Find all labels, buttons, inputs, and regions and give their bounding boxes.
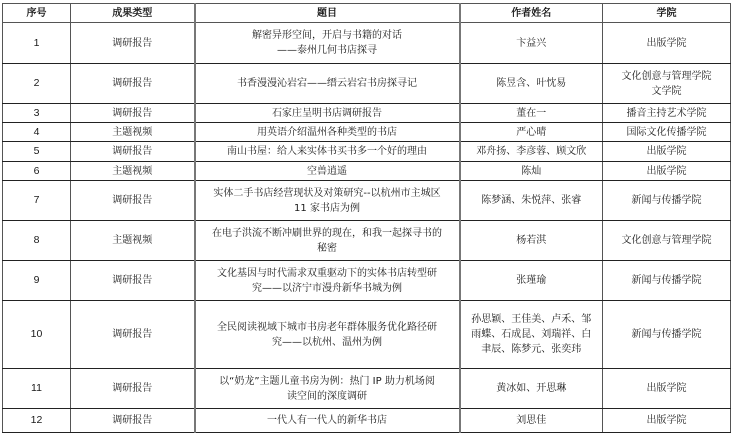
cell-authors-line: 张瑾瑜: [464, 273, 600, 288]
cell-authors-line: 陈梦涵、朱悦萍、张睿: [464, 193, 600, 208]
cell-title-line: 文化基因与时代需求双重驱动下的实体书店转型研: [199, 266, 456, 281]
cell-index: 2: [3, 64, 71, 104]
cell-index: 1: [3, 23, 71, 64]
table-row: 5调研报告南山书屋：给人来实体书买书多一个好的理由邓舟扬、李彦蓉、顾文欣出版学院: [3, 142, 731, 162]
cell-type: 主题视频: [71, 162, 195, 181]
table-row: 10调研报告全民阅读视域下城市书房老年群体服务优化路径研究——以杭州、温州为例孙…: [3, 301, 731, 369]
cell-title-line: 空兽逍遥: [199, 164, 456, 179]
table-row: 9调研报告文化基因与时代需求双重驱动下的实体书店转型研究——以济宁市漫舟新华书城…: [3, 261, 731, 301]
cell-index: 7: [3, 181, 71, 221]
cell-authors-line: 雨蝶、石成昆、刘瑞祥、白: [464, 327, 600, 342]
cell-authors: 杨若淇: [460, 221, 603, 261]
header-row: 序号 成果类型 题目 作者姓名 学院: [3, 4, 731, 23]
header-type: 成果类型: [71, 4, 195, 23]
cell-authors: 黄冰如、开思琳: [460, 369, 603, 409]
cell-authors-line: 严心晴: [464, 125, 600, 140]
cell-authors: 邓舟扬、李彦蓉、顾文欣: [460, 142, 603, 162]
cell-title-line: 秘密: [199, 241, 456, 256]
cell-college-line: 国际文化传播学院: [606, 125, 727, 140]
cell-authors: 张瑾瑜: [460, 261, 603, 301]
cell-title-line: 石家庄呈明书店调研报告: [199, 106, 456, 121]
cell-type: 调研报告: [71, 261, 195, 301]
cell-authors: 孙思颖、王佳美、卢禾、邹雨蝶、石成昆、刘瑞祥、白聿辰、陈梦元、张奕玮: [460, 301, 603, 369]
cell-index: 3: [3, 104, 71, 123]
cell-title: 文化基因与时代需求双重驱动下的实体书店转型研究——以济宁市漫舟新华书城为例: [195, 261, 460, 301]
cell-title-line: 实体二手书店经营现状及对策研究--以杭州市主城区: [199, 186, 456, 201]
cell-title-line: 11 家书店为例: [199, 201, 456, 216]
cell-college-line: 出版学院: [606, 36, 727, 51]
cell-type: 调研报告: [71, 409, 195, 433]
cell-college: 出版学院: [603, 369, 731, 409]
table-row: 6主题视频空兽逍遥陈灿出版学院: [3, 162, 731, 181]
cell-authors: 陈梦涵、朱悦萍、张睿: [460, 181, 603, 221]
cell-college-line: 出版学院: [606, 381, 727, 396]
cell-college: 文化创意与管理学院文学院: [603, 64, 731, 104]
cell-title-line: 用英语介绍温州各种类型的书店: [199, 125, 456, 140]
cell-title: 空兽逍遥: [195, 162, 460, 181]
cell-college-line: 出版学院: [606, 144, 727, 159]
header-title: 题目: [195, 4, 460, 23]
cell-college: 文化创意与管理学院: [603, 221, 731, 261]
table-row: 1调研报告解密异形空间，开启与书籍的对话——泰州几何书店探寻卞益兴出版学院: [3, 23, 731, 64]
table-row: 11调研报告以“奶龙”主题儿童书房为例：热门 IP 助力机场阅读空间的深度调研黄…: [3, 369, 731, 409]
cell-title-line: 究——以济宁市漫舟新华书城为例: [199, 281, 456, 296]
cell-authors-line: 杨若淇: [464, 233, 600, 248]
cell-college: 新闻与传播学院: [603, 181, 731, 221]
cell-title-line: 书香漫漫沁岩宕——缙云岩宕书房探寻记: [199, 76, 456, 91]
cell-type: 主题视频: [71, 123, 195, 142]
cell-college: 新闻与传播学院: [603, 261, 731, 301]
cell-type: 主题视频: [71, 221, 195, 261]
cell-college-line: 新闻与传播学院: [606, 327, 727, 342]
cell-title: 在电子洪流不断冲刷世界的现在，和我一起探寻书的秘密: [195, 221, 460, 261]
cell-college: 出版学院: [603, 23, 731, 64]
cell-index: 6: [3, 162, 71, 181]
cell-college: 出版学院: [603, 162, 731, 181]
cell-college-line: 文化创意与管理学院: [606, 69, 727, 84]
cell-college-line: 文学院: [606, 84, 727, 99]
cell-authors: 严心晴: [460, 123, 603, 142]
cell-title-line: 解密异形空间，开启与书籍的对话: [199, 28, 456, 43]
table-row: 2调研报告书香漫漫沁岩宕——缙云岩宕书房探寻记陈昱含、叶忱易文化创意与管理学院文…: [3, 64, 731, 104]
cell-index: 9: [3, 261, 71, 301]
cell-authors-line: 刘思佳: [464, 413, 600, 428]
cell-title-line: ——泰州几何书店探寻: [199, 43, 456, 58]
cell-college-line: 出版学院: [606, 164, 727, 179]
cell-type: 调研报告: [71, 23, 195, 64]
cell-index: 4: [3, 123, 71, 142]
cell-type: 调研报告: [71, 64, 195, 104]
cell-authors-line: 邓舟扬、李彦蓉、顾文欣: [464, 144, 600, 159]
cell-authors: 陈昱含、叶忱易: [460, 64, 603, 104]
table-row: 8主题视频在电子洪流不断冲刷世界的现在，和我一起探寻书的秘密杨若淇文化创意与管理…: [3, 221, 731, 261]
cell-college-line: 出版学院: [606, 413, 727, 428]
table-row: 4主题视频用英语介绍温州各种类型的书店严心晴国际文化传播学院: [3, 123, 731, 142]
header-index: 序号: [3, 4, 71, 23]
cell-authors: 董在一: [460, 104, 603, 123]
cell-index: 11: [3, 369, 71, 409]
cell-college-line: 文化创意与管理学院: [606, 233, 727, 248]
cell-title: 一代人有一代人的新华书店: [195, 409, 460, 433]
cell-title: 用英语介绍温州各种类型的书店: [195, 123, 460, 142]
table-row: 3调研报告石家庄呈明书店调研报告董在一播音主持艺术学院: [3, 104, 731, 123]
header-authors: 作者姓名: [460, 4, 603, 23]
cell-authors-line: 董在一: [464, 106, 600, 121]
cell-authors-line: 黄冰如、开思琳: [464, 381, 600, 396]
cell-title-line: 在电子洪流不断冲刷世界的现在，和我一起探寻书的: [199, 226, 456, 241]
cell-college: 新闻与传播学院: [603, 301, 731, 369]
cell-college-line: 播音主持艺术学院: [606, 106, 727, 121]
cell-type: 调研报告: [71, 301, 195, 369]
table-row: 7调研报告实体二手书店经营现状及对策研究--以杭州市主城区11 家书店为例陈梦涵…: [3, 181, 731, 221]
cell-college-line: 新闻与传播学院: [606, 273, 727, 288]
cell-type: 调研报告: [71, 142, 195, 162]
cell-title: 以“奶龙”主题儿童书房为例：热门 IP 助力机场阅读空间的深度调研: [195, 369, 460, 409]
cell-authors-line: 陈昱含、叶忱易: [464, 76, 600, 91]
cell-title-line: 读空间的深度调研: [199, 389, 456, 404]
cell-title-line: 全民阅读视域下城市书房老年群体服务优化路径研: [199, 320, 456, 335]
cell-title: 书香漫漫沁岩宕——缙云岩宕书房探寻记: [195, 64, 460, 104]
cell-title: 解密异形空间，开启与书籍的对话——泰州几何书店探寻: [195, 23, 460, 64]
cell-type: 调研报告: [71, 369, 195, 409]
cell-title-line: 南山书屋：给人来实体书买书多一个好的理由: [199, 144, 456, 159]
cell-authors-line: 孙思颖、王佳美、卢禾、邹: [464, 312, 600, 327]
cell-authors-line: 聿辰、陈梦元、张奕玮: [464, 342, 600, 357]
cell-authors-line: 卞益兴: [464, 36, 600, 51]
cell-college: 出版学院: [603, 142, 731, 162]
cell-authors: 陈灿: [460, 162, 603, 181]
cell-authors: 卞益兴: [460, 23, 603, 64]
cell-title-line: 一代人有一代人的新华书店: [199, 413, 456, 428]
cell-index: 8: [3, 221, 71, 261]
cell-index: 5: [3, 142, 71, 162]
cell-authors: 刘思佳: [460, 409, 603, 433]
cell-title-line: 究——以杭州、温州为例: [199, 335, 456, 350]
cell-title: 全民阅读视域下城市书房老年群体服务优化路径研究——以杭州、温州为例: [195, 301, 460, 369]
cell-college: 播音主持艺术学院: [603, 104, 731, 123]
cell-type: 调研报告: [71, 104, 195, 123]
cell-title-line: 以“奶龙”主题儿童书房为例：热门 IP 助力机场阅: [199, 374, 456, 389]
cell-college: 出版学院: [603, 409, 731, 433]
table-row: 12调研报告一代人有一代人的新华书店刘思佳出版学院: [3, 409, 731, 433]
cell-index: 12: [3, 409, 71, 433]
cell-authors-line: 陈灿: [464, 164, 600, 179]
cell-type: 调研报告: [71, 181, 195, 221]
table-body: 1调研报告解密异形空间，开启与书籍的对话——泰州几何书店探寻卞益兴出版学院2调研…: [3, 23, 731, 433]
cell-college: 国际文化传播学院: [603, 123, 731, 142]
cell-college-line: 新闻与传播学院: [606, 193, 727, 208]
cell-index: 10: [3, 301, 71, 369]
results-table: 序号 成果类型 题目 作者姓名 学院 1调研报告解密异形空间，开启与书籍的对话—…: [2, 3, 731, 433]
cell-title: 南山书屋：给人来实体书买书多一个好的理由: [195, 142, 460, 162]
cell-title: 石家庄呈明书店调研报告: [195, 104, 460, 123]
header-college: 学院: [603, 4, 731, 23]
cell-title: 实体二手书店经营现状及对策研究--以杭州市主城区11 家书店为例: [195, 181, 460, 221]
